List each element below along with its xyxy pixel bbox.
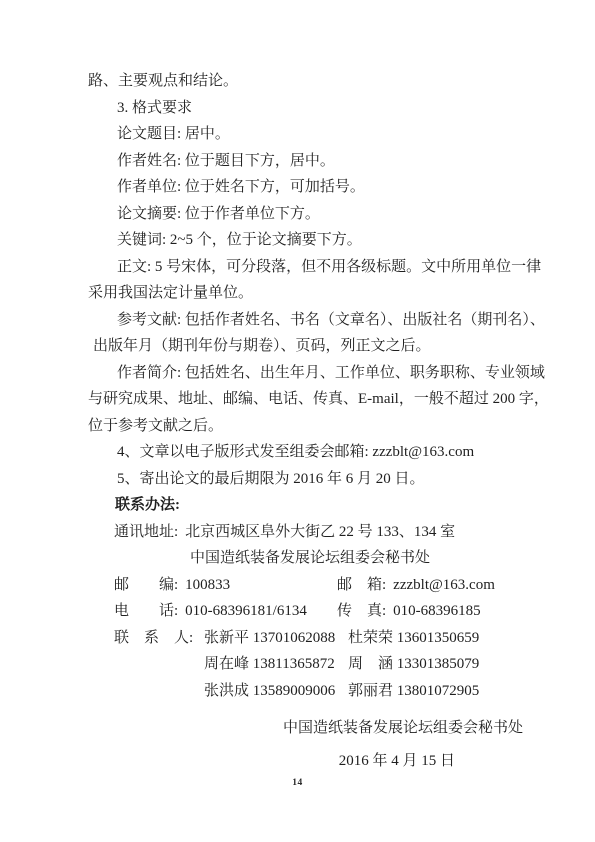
label-spacer (114, 651, 204, 678)
contact-person-entry: 杜荣荣 13601350659 (348, 625, 479, 652)
contact-person-row: 联 系 人: 张新平 13701062088 杜荣荣 13601350659 (114, 625, 540, 652)
body-line: 作者单位: 位于姓名下方，可加括号。 (88, 174, 540, 201)
phone-fax-row: 电 话: 010-68396181/6134 传 真: 010-68396185 (114, 598, 540, 625)
phone-cell: 电 话: 010-68396181/6134 (114, 598, 337, 625)
body-line: 论文摘要: 位于作者单位下方。 (88, 201, 540, 228)
address-value-line2: 中国造纸装备发展论坛组委会秘书处 (114, 545, 540, 572)
postal-code-label: 邮 编: (114, 572, 178, 599)
address-row: 通讯地址: 北京西城区阜外大街乙 22 号 133、134 室 (114, 519, 540, 546)
fax-label: 传 真: (337, 598, 386, 625)
contact-person-label: 联 系 人: (114, 625, 204, 652)
mailbox-label: 邮 箱: (337, 572, 386, 599)
postal-mailbox-row: 邮 编: 100833 邮 箱: zzzblt@163.com (114, 572, 540, 599)
body-line: 路、主要观点和结论。 (88, 68, 540, 95)
body-line: 作者简介: 包括姓名、出生年月、工作单位、职务职称、专业领域 (88, 360, 540, 387)
mailbox-value: zzzblt@163.com (393, 572, 495, 599)
contact-person-entry: 周在峰 13811365872 (204, 651, 348, 678)
contact-person-entry: 张新平 13701062088 (204, 625, 348, 652)
fax-value: 010-68396185 (393, 598, 481, 625)
body-line: 论文题目: 居中。 (88, 121, 540, 148)
phone-value: 010-68396181/6134 (185, 598, 307, 625)
body-line: 出版年月（期刊年份与期卷）、页码，列正文之后。 (88, 333, 540, 360)
body-line-email-submission: 4、文章以电子版形式发至组委会邮箱: zzzblt@163.com (88, 439, 540, 466)
body-line-deadline: 5、寄出论文的最后期限为 2016 年 6 月 20 日。 (88, 466, 540, 493)
document-page: 路、主要观点和结论。 3. 格式要求 论文题目: 居中。 作者姓名: 位于题目下… (0, 0, 595, 842)
contact-person-row: 张洪成 13589009006 郭丽君 13801072905 (114, 678, 540, 705)
document-content: 路、主要观点和结论。 3. 格式要求 论文题目: 居中。 作者姓名: 位于题目下… (88, 68, 540, 774)
postal-cell: 邮 编: 100833 (114, 572, 337, 599)
address-value: 北京西城区阜外大街乙 22 号 133、134 室 (185, 519, 455, 546)
body-line: 位于参考文献之后。 (88, 413, 540, 440)
contact-person-entry: 郭丽君 13801072905 (348, 678, 479, 705)
section-heading-format-requirements: 3. 格式要求 (88, 95, 540, 122)
body-line: 作者姓名: 位于题目下方，居中。 (88, 148, 540, 175)
contact-block: 通讯地址: 北京西城区阜外大街乙 22 号 133、134 室 中国造纸装备发展… (114, 519, 540, 705)
address-label: 通讯地址: (114, 519, 178, 546)
label-spacer (114, 678, 204, 705)
body-line: 关键词: 2~5 个，位于论文摘要下方。 (88, 227, 540, 254)
body-line: 与研究成果、地址、邮编、电话、传真、E-mail，一般不超过 200 字， (88, 386, 540, 413)
contact-person-entry: 周 涵 13301385079 (348, 651, 479, 678)
phone-label: 电 话: (114, 598, 178, 625)
body-line: 正文: 5 号宋体，可分段落，但不用各级标题。文中所用单位一律 (88, 254, 540, 281)
contact-methods-heading: 联系办法: (88, 492, 540, 519)
signature-organization: 中国造纸装备发展论坛组委会秘书处 (88, 715, 540, 742)
postal-code-value: 100833 (185, 572, 230, 599)
contact-person-row: 周在峰 13811365872 周 涵 13301385079 (114, 651, 540, 678)
page-number: 14 (0, 778, 595, 788)
signature-date: 2016 年 4 月 15 日 (88, 748, 540, 775)
contact-person-entry: 张洪成 13589009006 (204, 678, 348, 705)
body-line: 参考文献: 包括作者姓名、书名（文章名）、出版社名（期刊名）、 (88, 307, 540, 334)
body-line: 采用我国法定计量单位。 (88, 280, 540, 307)
